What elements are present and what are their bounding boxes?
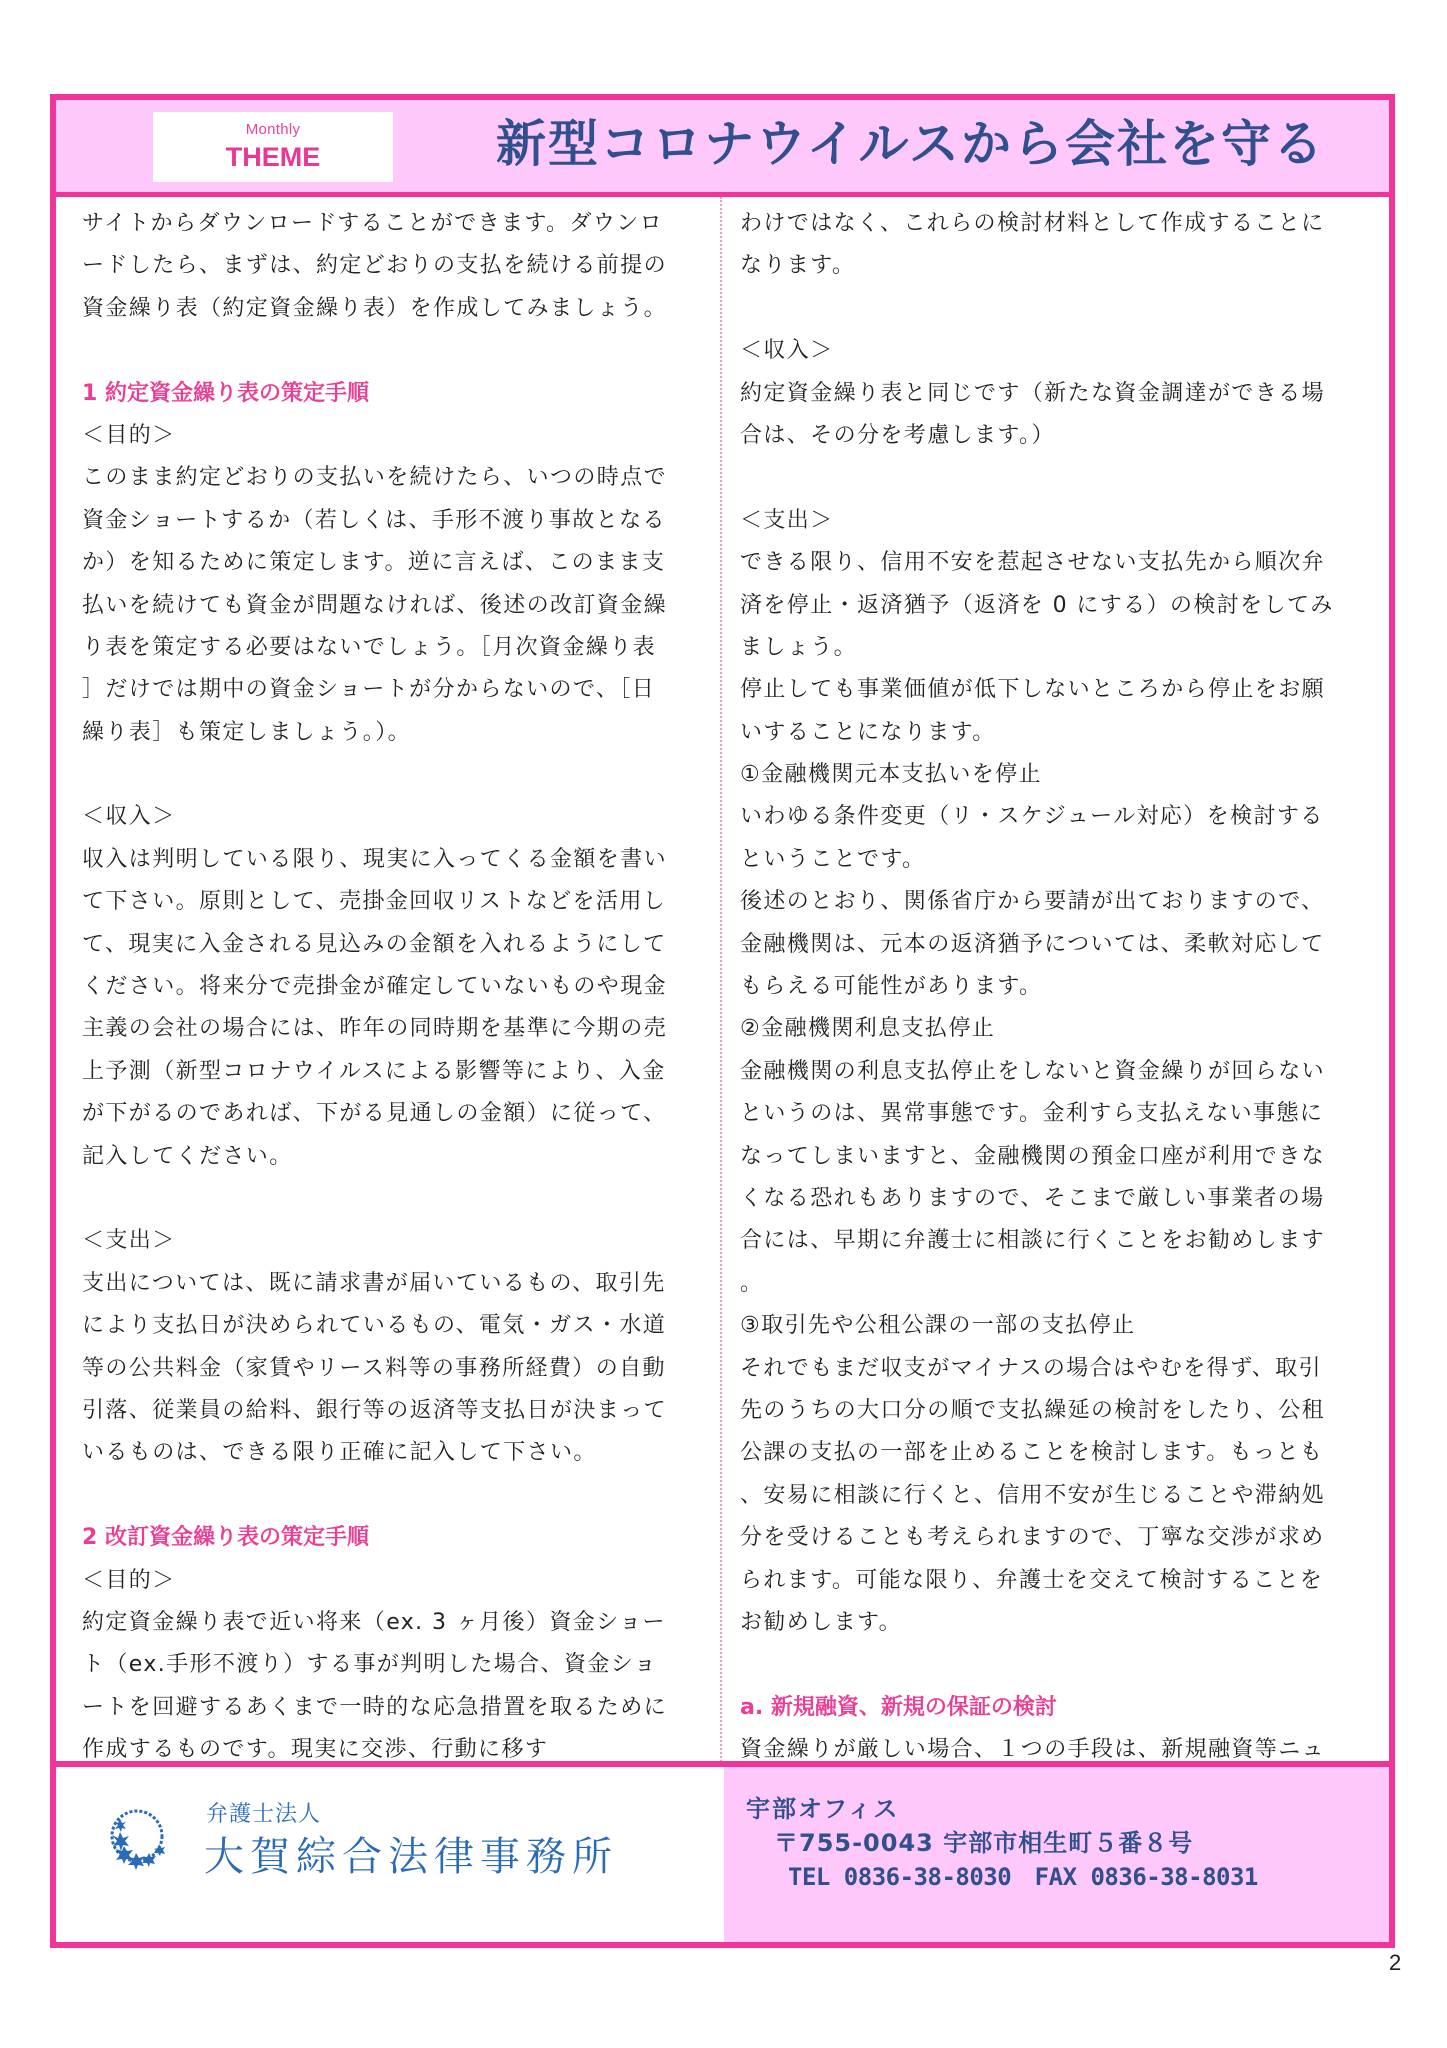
theme-label: THEME xyxy=(153,142,393,172)
text-line: 停止しても事業価値が低下しないところから停止をお願 xyxy=(740,669,1375,711)
paragraph-spacer xyxy=(740,288,1375,330)
text-line: 金融機関の利息支払停止をしないと資金繰りが回らない xyxy=(740,1051,1375,1093)
text-line: ］だけでは期中の資金ショートが分からないので、［日 xyxy=(82,669,712,711)
text-line: て、現実に入金される見込みの金額を入れるようにして xyxy=(82,924,712,966)
text-line: 収入は判明している限り、現実に入ってくる金額を書い xyxy=(82,839,712,881)
text-line: ト（ex.手形不渡り）する事が判明した場合、資金ショ xyxy=(82,1644,712,1686)
monthly-theme-badge: Monthly THEME xyxy=(153,112,393,182)
text-line: り表を策定する必要はないでしょう。［月次資金繰り表 xyxy=(82,627,712,669)
text-line: 繰り表］も策定しましょう。）。 xyxy=(82,712,712,754)
right-column: わけではなく、これらの検討材料として作成することになります。＜収入＞約定資金繰り… xyxy=(724,197,1389,1810)
office-phone-fax: TEL 0836-38-8030 FAX 0836-38-8031 xyxy=(788,1857,1258,1892)
text-line: が下がるのであれば、下がる見通しの金額）に従って、 xyxy=(82,1093,712,1135)
text-line: 上予測（新型コロナウイルスによる影響等により、入金 xyxy=(82,1051,712,1093)
firm-name: 大賀綜合法律事務所 xyxy=(204,1825,618,1882)
page-title: 新型コロナウイルスから会社を守る xyxy=(496,104,1325,184)
text-line: できる限り、信用不安を惹起させない支払先から順次弁 xyxy=(740,542,1375,584)
text-line: なってしまいますと、金融機関の預金口座が利用できな xyxy=(740,1136,1375,1178)
firm-branding: 弁護士法人 大賀綜合法律事務所 xyxy=(56,1767,724,1942)
newsletter-frame: Monthly THEME 新型コロナウイルスから会社を守る サイトからダウンロ… xyxy=(50,94,1395,1948)
text-line: くなる恐れもありますので、そこまで厳しい事業者の場 xyxy=(740,1178,1375,1220)
text-line: わけではなく、これらの検討材料として作成することに xyxy=(740,203,1375,245)
text-line: ましょう。 xyxy=(740,627,1375,669)
section-heading: 1 約定資金繰り表の策定手順 xyxy=(82,373,712,415)
text-line: それでもまだ収支がマイナスの場合はやむを得ず、取引 xyxy=(740,1348,1375,1390)
text-line: ードしたら、まずは、約定どおりの支払を続ける前提の xyxy=(82,245,712,287)
text-line: ＜支出＞ xyxy=(82,1220,712,1262)
text-line: ということです。 xyxy=(740,839,1375,881)
text-line: 先のうちの大口分の順で支払繰延の検討をしたり、公租 xyxy=(740,1390,1375,1432)
text-line: 。 xyxy=(740,1263,1375,1305)
text-line: 約定資金繰り表と同じです（新たな資金調達ができる場 xyxy=(740,373,1375,415)
paragraph-spacer xyxy=(82,1475,712,1517)
text-line: 資金ショートするか（若しくは、手形不渡り事故となる xyxy=(82,500,712,542)
text-line: 記入してください。 xyxy=(82,1136,712,1178)
text-line: ートを回避するあくまで一時的な応急措置を取るために xyxy=(82,1687,712,1729)
text-line: ＜目的＞ xyxy=(82,1560,712,1602)
text-line: 払いを続けても資金が問題なければ、後述の改訂資金繰 xyxy=(82,585,712,627)
text-line: いるものは、できる限り正確に記入して下さい。 xyxy=(82,1432,712,1474)
left-column: サイトからダウンロードすることができます。ダウンロードしたら、まずは、約定どおり… xyxy=(56,197,722,1810)
text-line: 資金繰り表（約定資金繰り表）を作成してみましょう。 xyxy=(82,288,712,330)
text-line: 、安易に相談に行くと、信用不安が生じることや滞納処 xyxy=(740,1475,1375,1517)
text-line: というのは、異常事態です。金利すら支払えない事態に xyxy=(740,1093,1375,1135)
office-address: 〒755-0043 宇部市相生町５番８号 xyxy=(774,1823,1193,1858)
text-line: サイトからダウンロードすることができます。ダウンロ xyxy=(82,203,712,245)
text-line: により支払日が決められているもの、電気・ガス・水道 xyxy=(82,1305,712,1347)
paragraph-spacer xyxy=(82,1178,712,1220)
text-line: て下さい。原則として、売掛金回収リストなどを活用し xyxy=(82,881,712,923)
wreath-of-people-icon xyxy=(102,1803,172,1873)
text-line: 引落、従業員の給料、銀行等の返済等支払日が決まって xyxy=(82,1390,712,1432)
text-line: もらえる可能性があります。 xyxy=(740,966,1375,1008)
text-line: 等の公共料金（家賃やリース料等の事務所経費）の自動 xyxy=(82,1348,712,1390)
text-line: ください。将来分で売掛金が確定していないものや現金 xyxy=(82,966,712,1008)
text-line: なります。 xyxy=(740,245,1375,287)
theme-monthly-label: Monthly xyxy=(153,121,393,138)
paragraph-spacer xyxy=(740,1644,1375,1686)
text-line: 主義の会社の場合には、昨年の同時期を基準に今期の売 xyxy=(82,1008,712,1050)
text-line: か）を知るために策定します。逆に言えば、このまま支 xyxy=(82,542,712,584)
paragraph-spacer xyxy=(740,457,1375,499)
text-line: 約定資金繰り表で近い将来（ex. 3 ヶ月後）資金ショー xyxy=(82,1602,712,1644)
page-header: Monthly THEME 新型コロナウイルスから会社を守る xyxy=(56,100,1389,197)
text-line: 合は、その分を考慮します。） xyxy=(740,415,1375,457)
text-line: 済を停止・返済猶予（返済を 0 にする）の検討をしてみ xyxy=(740,585,1375,627)
text-line: 金融機関は、元本の返済猶予については、柔軟対応して xyxy=(740,924,1375,966)
section-heading: 2 改訂資金繰り表の策定手順 xyxy=(82,1517,712,1559)
text-line: このまま約定どおりの支払いを続けたら、いつの時点で xyxy=(82,457,712,499)
paragraph-spacer xyxy=(82,754,712,796)
office-contact: 宇部オフィス 〒755-0043 宇部市相生町５番８号 TEL 0836-38-… xyxy=(724,1767,1389,1942)
text-line: 分を受けることも考えられますので、丁寧な交渉が求め xyxy=(740,1517,1375,1559)
firm-type-label: 弁護士法人 xyxy=(206,1797,321,1828)
text-line: ③取引先や公租公課の一部の支払停止 xyxy=(740,1305,1375,1347)
text-line: お勧めします。 xyxy=(740,1602,1375,1644)
text-line: 支出については、既に請求書が届いているもの、取引先 xyxy=(82,1263,712,1305)
text-line: 後述のとおり、関係省庁から要請が出ておりますので、 xyxy=(740,881,1375,923)
text-line: ＜目的＞ xyxy=(82,415,712,457)
office-name: 宇部オフィス xyxy=(746,1789,899,1824)
paragraph-spacer xyxy=(82,330,712,372)
text-line: ＜収入＞ xyxy=(82,796,712,838)
text-line: 合には、早期に弁護士に相談に行くことをお勧めします xyxy=(740,1220,1375,1262)
page-footer: 弁護士法人 大賀綜合法律事務所 宇部オフィス 〒755-0043 宇部市相生町５… xyxy=(56,1761,1389,1942)
text-line: ＜収入＞ xyxy=(740,330,1375,372)
article-body: サイトからダウンロードすることができます。ダウンロードしたら、まずは、約定どおり… xyxy=(56,197,1389,1810)
text-line: ①金融機関元本支払いを停止 xyxy=(740,754,1375,796)
text-line: いすることになります。 xyxy=(740,712,1375,754)
text-line: られます。可能な限り、弁護士を交えて検討することを xyxy=(740,1560,1375,1602)
text-line: 公課の支払の一部を止めることを検討します。もっとも xyxy=(740,1432,1375,1474)
text-line: ＜支出＞ xyxy=(740,500,1375,542)
page-number: 2 xyxy=(1389,1950,1401,1976)
text-line: ②金融機関利息支払停止 xyxy=(740,1008,1375,1050)
text-line: いわゆる条件変更（リ・スケジュール対応）を検討する xyxy=(740,796,1375,838)
section-heading: a. 新規融資、新規の保証の検討 xyxy=(740,1687,1375,1729)
